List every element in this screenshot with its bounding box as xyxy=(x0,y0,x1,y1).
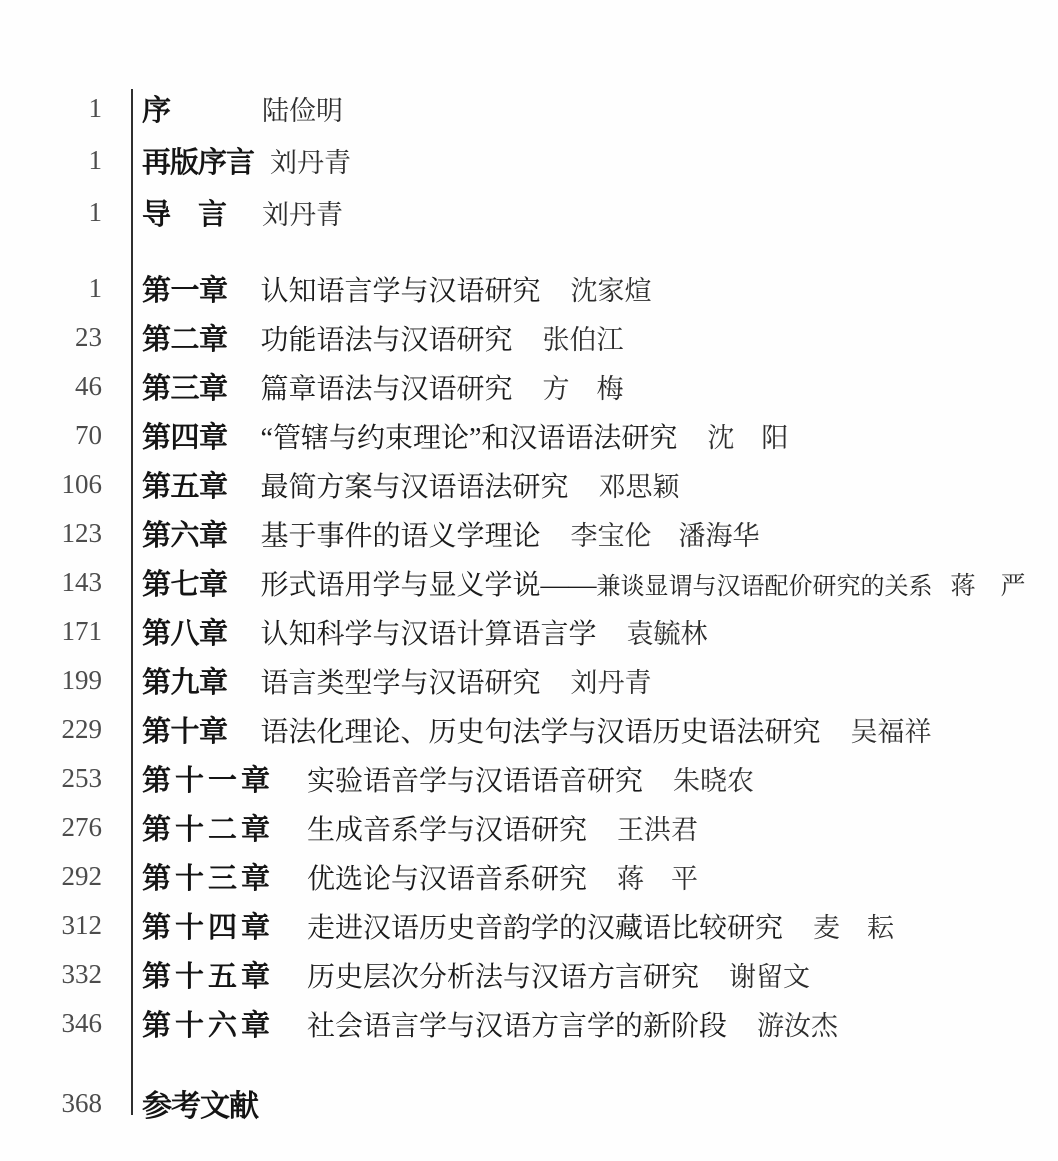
section-gap xyxy=(0,1048,1058,1076)
section-gap xyxy=(0,238,1058,264)
toc-page: 1 序 陆俭明 1 再版序言 刘丹青 1 导 言 刘丹青 1 第一章 xyxy=(0,0,1058,1161)
toc-row-chapter-5: 106 第五章 最简方案与汉语语法研究 邓思颖 xyxy=(0,460,1058,509)
chapter-label: 第四章 xyxy=(142,415,228,456)
chapter-title: 形式语用学与显义学说—— xyxy=(261,563,597,603)
page-number: 1 xyxy=(0,93,102,124)
chapter-title: 生成音系学与汉语研究 xyxy=(307,808,587,848)
page-number: 46 xyxy=(0,371,102,402)
chapter-title: 社会语言学与汉语方言学的新阶段 xyxy=(307,1004,727,1044)
author-name: 刘丹青 xyxy=(262,193,343,232)
toc-row-chapter-1: 1 第一章 认知语言学与汉语研究 沈家煊 xyxy=(0,264,1058,313)
toc-row-chapter-9: 199 第九章 语言类型学与汉语研究 刘丹青 xyxy=(0,656,1058,705)
author-name: 谢留文 xyxy=(729,955,810,994)
toc-row-chapter-2: 23 第二章 功能语法与汉语研究 张伯江 xyxy=(0,313,1058,362)
toc-row-preface: 1 序 陆俭明 xyxy=(0,82,1058,134)
page-number: 199 xyxy=(0,665,102,696)
chapter-label: 第九章 xyxy=(142,660,228,701)
toc-row-chapter-13: 292 第十三章 优选论与汉语音系研究 蒋 平 xyxy=(0,852,1058,901)
toc-row-chapter-16: 346 第十六章 社会语言学与汉语方言学的新阶段 游汝杰 xyxy=(0,999,1058,1048)
page-number: 253 xyxy=(0,763,102,794)
toc-row-chapter-11: 253 第十一章 实验语音学与汉语语音研究 朱晓农 xyxy=(0,754,1058,803)
page-number: 143 xyxy=(0,567,102,598)
chapter-label: 第七章 xyxy=(142,562,228,603)
chapter-label: 第十六章 xyxy=(142,1003,274,1044)
chapter-label: 第二章 xyxy=(142,317,228,358)
page-number: 368 xyxy=(0,1088,102,1119)
chapter-label: 第十二章 xyxy=(142,807,274,848)
page-number: 70 xyxy=(0,420,102,451)
author-name: 蒋 严 xyxy=(951,566,1026,602)
author-name: 王洪君 xyxy=(617,808,698,847)
author-name: 麦 耘 xyxy=(813,906,894,945)
toc-row-second-edition-preface: 1 再版序言 刘丹青 xyxy=(0,134,1058,186)
author-name: 刘丹青 xyxy=(571,661,652,700)
page-number: 332 xyxy=(0,959,102,990)
chapter-title: “管辖与约束理论”和汉语语法研究 xyxy=(261,416,678,456)
chapter-title: 认知科学与汉语计算语言学 xyxy=(261,612,597,652)
page-number: 229 xyxy=(0,714,102,745)
author-name: 邓思颖 xyxy=(599,465,680,504)
author-name: 方 梅 xyxy=(543,367,624,406)
author-name: 朱晓农 xyxy=(673,759,754,798)
page-number: 1 xyxy=(0,197,102,228)
toc-row-introduction: 1 导 言 刘丹青 xyxy=(0,186,1058,238)
chapter-title: 篇章语法与汉语研究 xyxy=(261,367,513,407)
toc-row-chapter-8: 171 第八章 认知科学与汉语计算语言学 袁毓林 xyxy=(0,607,1058,656)
chapter-title: 实验语音学与汉语语音研究 xyxy=(307,759,643,799)
author-name: 游汝杰 xyxy=(757,1004,838,1043)
chapter-title: 语言类型学与汉语研究 xyxy=(261,661,541,701)
toc-rows: 1 序 陆俭明 1 再版序言 刘丹青 1 导 言 刘丹青 1 第一章 xyxy=(0,82,1058,1130)
section-label: 序 xyxy=(142,88,246,129)
page-number: 346 xyxy=(0,1008,102,1039)
chapter-label: 第六章 xyxy=(142,513,228,554)
chapter-title: 历史层次分析法与汉语方言研究 xyxy=(307,955,699,995)
section-label: 导 言 xyxy=(142,192,246,233)
author-name: 刘丹青 xyxy=(270,141,351,180)
section-label: 再版序言 xyxy=(142,140,254,181)
author-name: 沈 阳 xyxy=(707,416,788,455)
page-number: 171 xyxy=(0,616,102,647)
chapter-subtitle: 兼谈显谓与汉语配价研究的关系 xyxy=(597,566,933,601)
page-number: 276 xyxy=(0,812,102,843)
author-name: 张伯江 xyxy=(543,318,624,357)
toc-row-chapter-12: 276 第十二章 生成音系学与汉语研究 王洪君 xyxy=(0,803,1058,852)
page-number: 312 xyxy=(0,910,102,941)
chapter-label: 第十四章 xyxy=(142,905,274,946)
chapter-title: 走进汉语历史音韵学的汉藏语比较研究 xyxy=(307,906,783,946)
chapter-title: 优选论与汉语音系研究 xyxy=(307,857,587,897)
chapter-label: 第五章 xyxy=(142,464,228,505)
page-number: 123 xyxy=(0,518,102,549)
chapter-label: 第八章 xyxy=(142,611,228,652)
toc-row-chapter-15: 332 第十五章 历史层次分析法与汉语方言研究 谢留文 xyxy=(0,950,1058,999)
toc-row-chapter-14: 312 第十四章 走进汉语历史音韵学的汉藏语比较研究 麦 耘 xyxy=(0,901,1058,950)
toc-row-chapter-7: 143 第七章 形式语用学与显义学说—— 兼谈显谓与汉语配价研究的关系 蒋 严 xyxy=(0,558,1058,607)
author-name: 李宝伦 潘海华 xyxy=(571,514,760,553)
page-number: 23 xyxy=(0,322,102,353)
toc-row-chapter-10: 229 第十章 语法化理论、历史句法学与汉语历史语法研究 吴福祥 xyxy=(0,705,1058,754)
chapter-label: 第十章 xyxy=(142,709,228,750)
page-number: 1 xyxy=(0,145,102,176)
page-number: 1 xyxy=(0,273,102,304)
author-name: 蒋 平 xyxy=(617,857,698,896)
toc-row-chapter-4: 70 第四章 “管辖与约束理论”和汉语语法研究 沈 阳 xyxy=(0,411,1058,460)
author-name: 吴福祥 xyxy=(851,710,932,749)
chapter-title: 语法化理论、历史句法学与汉语历史语法研究 xyxy=(261,710,821,750)
toc-row-chapter-3: 46 第三章 篇章语法与汉语研究 方 梅 xyxy=(0,362,1058,411)
chapter-title: 认知语言学与汉语研究 xyxy=(261,269,541,309)
toc-row-references: 368 参考文献 xyxy=(0,1076,1058,1130)
author-name: 袁毓林 xyxy=(627,612,708,651)
page-number: 292 xyxy=(0,861,102,892)
toc-row-chapter-6: 123 第六章 基于事件的语义学理论 李宝伦 潘海华 xyxy=(0,509,1058,558)
chapter-title: 最简方案与汉语语法研究 xyxy=(261,465,569,505)
section-label: 参考文献 xyxy=(142,1081,258,1125)
chapter-label: 第十三章 xyxy=(142,856,274,897)
author-name: 陆俭明 xyxy=(262,89,343,128)
chapter-title: 功能语法与汉语研究 xyxy=(261,318,513,358)
chapter-label: 第三章 xyxy=(142,366,228,407)
chapter-title: 基于事件的语义学理论 xyxy=(261,514,541,554)
page-number: 106 xyxy=(0,469,102,500)
chapter-label: 第一章 xyxy=(142,268,228,309)
chapter-label: 第十一章 xyxy=(142,758,274,799)
chapter-label: 第十五章 xyxy=(142,954,274,995)
author-name: 沈家煊 xyxy=(571,269,652,308)
